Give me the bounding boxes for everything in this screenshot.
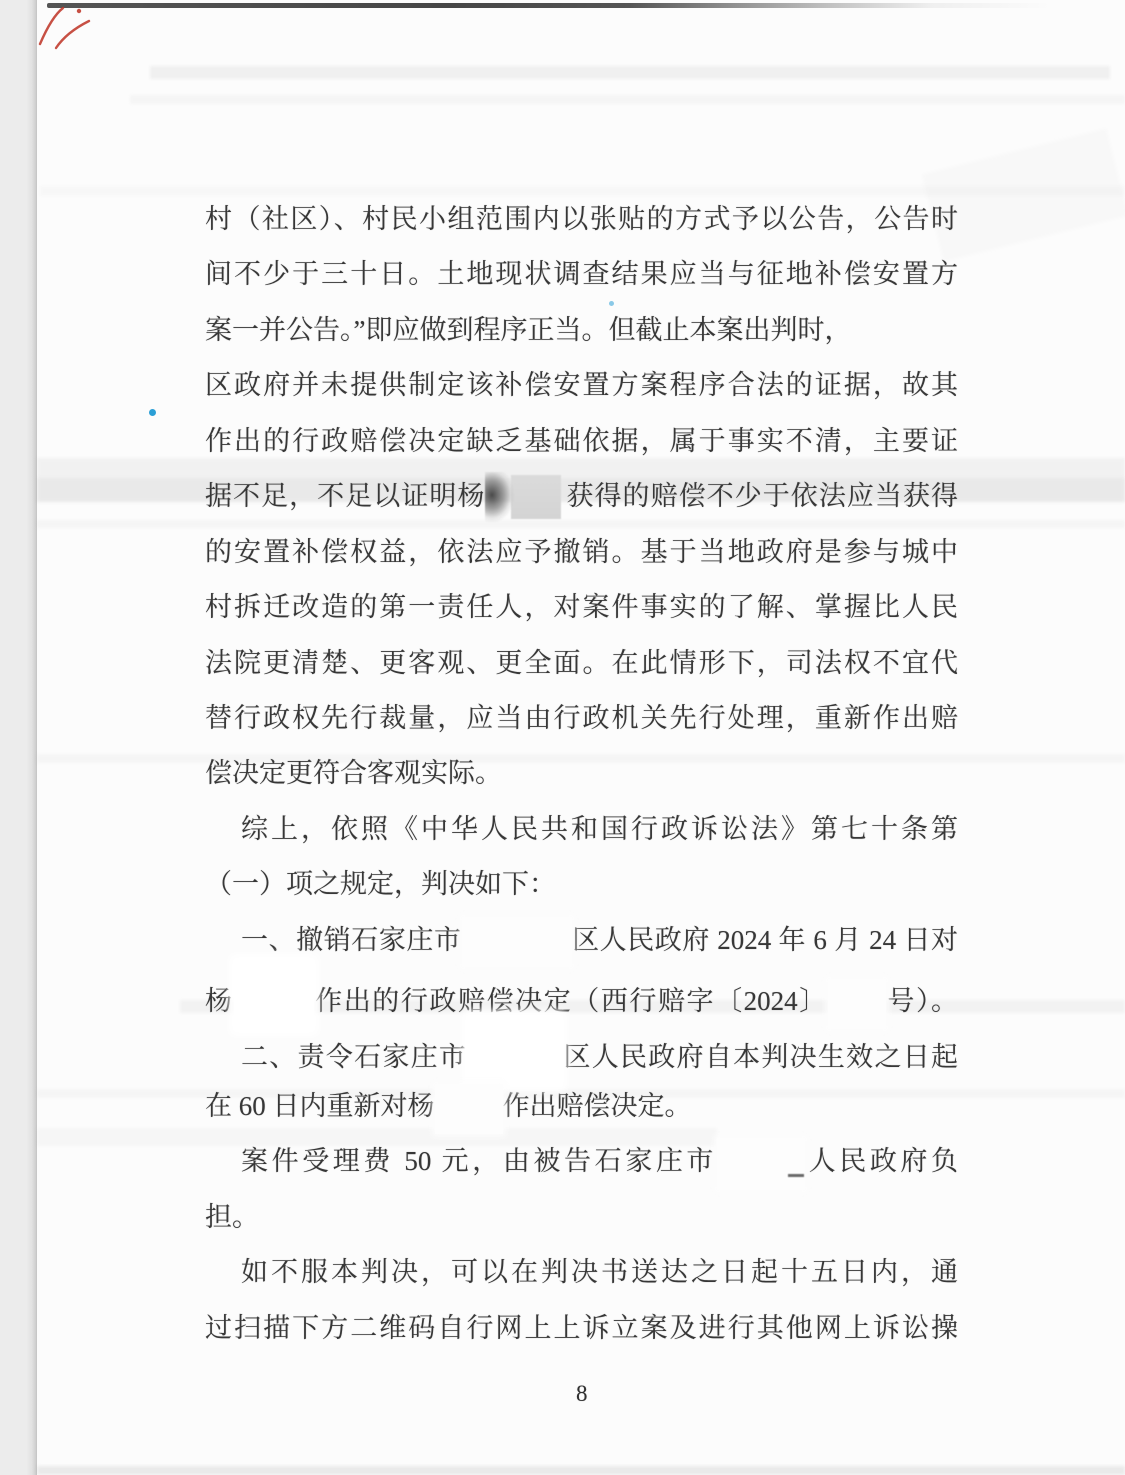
redaction-white-remnant (717, 1138, 805, 1190)
judgment-body-text: 村（社区）、村民小组范围内以张贴的方式予以公告，公告时间不少于三十日。土地现状调… (205, 192, 958, 1356)
line-text: 案件受理费 50 元，由被告石家庄市 (241, 1146, 717, 1176)
scan-streak (150, 66, 1110, 79)
text-line: 过扫描下方二维码自行网上上诉立案及进行其他网上诉讼操 (205, 1301, 958, 1356)
line-text: 人民政府负 (805, 1146, 958, 1176)
text-line: （一）项之规定，判决如下： (205, 857, 958, 912)
line-text: 偿决定更符合客观实际。 (205, 758, 502, 788)
line-text: 如不服本判决，可以在判决书送达之日起十五日内，通 (241, 1257, 958, 1287)
line-text: 过扫描下方二维码自行网上上诉立案及进行其他网上诉讼操 (205, 1313, 958, 1343)
text-line: 杨作出的行政赔偿决定（西行赔字〔2024〕号）。 (205, 968, 958, 1023)
redaction-white-tall (234, 959, 314, 1031)
line-text: 区人民政府自本判决生效之日起 (562, 1042, 958, 1072)
line-text: 号）。 (886, 986, 958, 1016)
line-text: 在 60 日内重新对杨 (205, 1091, 435, 1121)
text-line: 担。 (205, 1190, 958, 1245)
text-line: 一、撤销石家庄市区人民政府 2024 年 6 月 24 日对 (205, 913, 958, 968)
text-line: 作出的行政赔偿决定缺乏基础依据，属于事实不清，主要证 (205, 414, 958, 469)
line-text: 替行政权先行裁量，应当由行政机关先行处理，重新作出赔 (205, 703, 958, 733)
text-line: 据不足，不足以证明杨获得的赔偿不少于依法应当获得 (205, 469, 958, 524)
line-text: 村（社区）、村民小组范围内以张贴的方式予以公告，公告时 (205, 204, 958, 234)
text-line: 偿决定更符合客观实际。 (205, 746, 958, 801)
line-text: 综上，依照《中华人民共和国行政诉讼法》第七十条第 (241, 814, 958, 844)
line-text: 区政府并未提供制定该补偿安置方案程序合法的证据，故其 (205, 370, 958, 400)
line-text: 一、撤销石家庄市 (241, 925, 462, 955)
blue-ink-dot (149, 409, 156, 416)
scan-streak (37, 1466, 1125, 1475)
text-line: 法院更清楚、更客观、更全面。在此情形下，司法权不宜代 (205, 636, 958, 691)
line-text: 作出的行政赔偿决定缺乏基础依据，属于事实不清，主要证 (205, 426, 958, 456)
red-pen-marks-icon (30, 2, 102, 54)
redaction-white-tall (467, 1015, 562, 1087)
line-text: 法院更清楚、更客观、更全面。在此情形下，司法权不宜代 (205, 648, 958, 678)
line-text: 区人民政府 2024 年 6 月 24 日对 (572, 925, 958, 955)
scanner-edge-strip (0, 0, 37, 1475)
text-line: 综上，依照《中华人民共和国行政诉讼法》第七十条第 (205, 802, 958, 857)
text-line: 二、责令石家庄市区人民政府自本判决生效之日起 (205, 1024, 958, 1079)
line-text: 担。 (205, 1202, 259, 1232)
scanned-judgment-page: 村（社区）、村民小组范围内以张贴的方式予以公告，公告时间不少于三十日。土地现状调… (0, 0, 1125, 1475)
line-text: （一）项之规定，判决如下： (205, 869, 556, 899)
line-text: 间不少于三十日。土地现状调查结果应当与征地补偿安置方 (205, 259, 958, 289)
text-line: 的安置补偿权益，依法应予撤销。基于当地政府是参与城中 (205, 525, 958, 580)
line-text: 村拆迁改造的第一责任人，对案件事实的了解、掌握比人民 (205, 592, 958, 622)
scan-streak (130, 95, 1125, 104)
page-number: 8 (576, 1381, 588, 1407)
text-line: 案一并公告。”即应做到程序正当。但截止本案出判时， (205, 303, 958, 358)
line-text: 作出的行政赔偿决定（西行赔字〔2024〕 (314, 986, 828, 1016)
line-text: 杨 (205, 986, 234, 1016)
redaction-white (828, 979, 886, 1029)
line-text: 案一并公告。”即应做到程序正当。但截止本案出判时， (205, 315, 851, 345)
line-text: 据不足，不足以证明杨 (205, 481, 485, 511)
line-text: 的安置补偿权益，依法应予撤销。基于当地政府是参与城中 (205, 537, 958, 567)
redaction-smudge (485, 472, 565, 522)
text-line: 村（社区）、村民小组范围内以张贴的方式予以公告，公告时 (205, 192, 958, 247)
redaction-white (462, 917, 572, 967)
line-text: 二、责令石家庄市 (241, 1042, 467, 1072)
scan-artifact-top-line (47, 3, 1052, 8)
text-line: 区政府并未提供制定该补偿安置方案程序合法的证据，故其 (205, 358, 958, 413)
text-line: 间不少于三十日。土地现状调查结果应当与征地补偿安置方 (205, 247, 958, 302)
text-line: 如不服本判决，可以在判决书送达之日起十五日内，通 (205, 1245, 958, 1300)
line-text: 作出赔偿决定。 (503, 1091, 692, 1121)
text-line: 村拆迁改造的第一责任人，对案件事实的了解、掌握比人民 (205, 580, 958, 635)
text-line: 替行政权先行裁量，应当由行政机关先行处理，重新作出赔 (205, 691, 958, 746)
line-text: 获得的赔偿不少于依法应当获得 (565, 481, 958, 511)
text-line: 案件受理费 50 元，由被告石家庄市人民政府负 (205, 1134, 958, 1189)
text-line: 在 60 日内重新对杨作出赔偿决定。 (205, 1079, 958, 1134)
redaction-white (435, 1084, 503, 1134)
